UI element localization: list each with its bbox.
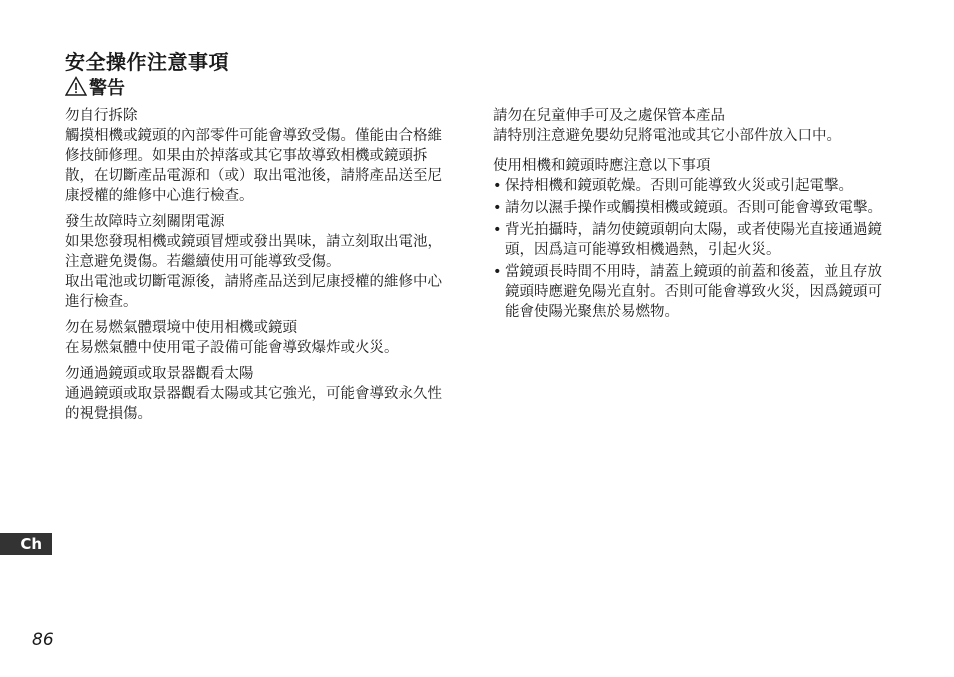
section-power-off-on-malfunction: 發生故障時立刻關閉電源 如果您發現相機或鏡頭冒煙或發出異味，請立刻取出電池，注意… bbox=[65, 212, 455, 312]
section-body-2: 取出電池或切斷電源後，請將產品送到尼康授權的維修中心進行檢查。 bbox=[65, 272, 455, 312]
section-body: 請特別注意避免嬰幼兒將電池或其它小部件放入口中。 bbox=[493, 126, 885, 146]
section-heading: 請勿在兒童伸手可及之處保管本產品 bbox=[493, 106, 885, 126]
section-no-disassemble: 勿自行拆除 觸摸相機或鏡頭的內部零件可能會導致受傷。僅能由合格維修技師修理。如果… bbox=[65, 106, 455, 206]
section-body: 在易燃氣體中使用電子設備可能會導致爆炸或火災。 bbox=[65, 338, 455, 358]
section-children: 請勿在兒童伸手可及之處保管本產品 請特別注意避免嬰幼兒將電池或其它小部件放入口中… bbox=[493, 106, 885, 146]
section-heading: 勿通過鏡頭或取景器觀看太陽 bbox=[65, 364, 455, 384]
warning-triangle-icon bbox=[65, 76, 87, 102]
list-item: •保持相機和鏡頭乾燥。否則可能導致火災或引起電擊。 bbox=[493, 176, 885, 196]
section-usage-precautions: 使用相機和鏡頭時應注意以下事項 •保持相機和鏡頭乾燥。否則可能導致火災或引起電擊… bbox=[493, 156, 885, 322]
bullet-icon: • bbox=[493, 220, 502, 240]
section-body: 觸摸相機或鏡頭的內部零件可能會導致受傷。僅能由合格維修技師修理。如果由於掉落或其… bbox=[65, 126, 455, 206]
language-tab: Ch bbox=[0, 533, 52, 555]
list-item: •背光拍攝時，請勿使鏡頭朝向太陽，或者使陽光直接通過鏡頭，因爲這可能導致相機過熱… bbox=[493, 220, 885, 260]
bullet-icon: • bbox=[493, 262, 502, 282]
section-heading: 勿在易燃氣體環境中使用相機或鏡頭 bbox=[65, 318, 455, 338]
page-number: 86 bbox=[32, 630, 54, 650]
section-sun-viewing: 勿通過鏡頭或取景器觀看太陽 通過鏡頭或取景器觀看太陽或其它強光，可能會導致永久性… bbox=[65, 364, 455, 424]
list-item: •請勿以濕手操作或觸摸相機或鏡頭。否則可能會導致電擊。 bbox=[493, 198, 885, 218]
section-heading: 使用相機和鏡頭時應注意以下事項 bbox=[493, 156, 885, 176]
section-heading: 發生故障時立刻關閉電源 bbox=[65, 212, 455, 232]
section-body: 如果您發現相機或鏡頭冒煙或發出異味，請立刻取出電池，注意避免燙傷。若繼續使用可能… bbox=[65, 232, 455, 272]
list-item: •當鏡頭長時間不用時，請蓋上鏡頭的前蓋和後蓋，並且存放鏡頭時應避免陽光直射。否則… bbox=[493, 262, 885, 322]
left-column: 勿自行拆除 觸摸相機或鏡頭的內部零件可能會導致受傷。僅能由合格維修技師修理。如果… bbox=[65, 106, 455, 430]
bullet-icon: • bbox=[493, 176, 502, 196]
page-title: 安全操作注意事項 bbox=[65, 50, 229, 74]
warning-heading: 警告 bbox=[65, 76, 125, 102]
precaution-list: •保持相機和鏡頭乾燥。否則可能導致火災或引起電擊。 •請勿以濕手操作或觸摸相機或… bbox=[493, 176, 885, 322]
section-heading: 勿自行拆除 bbox=[65, 106, 455, 126]
section-flammable-gas: 勿在易燃氣體環境中使用相機或鏡頭 在易燃氣體中使用電子設備可能會導致爆炸或火災。 bbox=[65, 318, 455, 358]
bullet-icon: • bbox=[493, 198, 502, 218]
section-body: 通過鏡頭或取景器觀看太陽或其它強光，可能會導致永久性的視覺損傷。 bbox=[65, 384, 455, 424]
right-column: 請勿在兒童伸手可及之處保管本產品 請特別注意避免嬰幼兒將電池或其它小部件放入口中… bbox=[493, 106, 885, 328]
warning-label: 警告 bbox=[89, 78, 125, 100]
